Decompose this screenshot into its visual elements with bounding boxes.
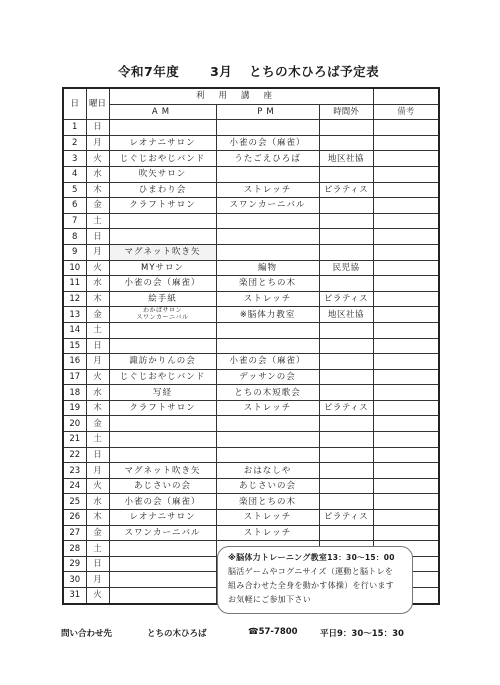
am-cell: MYサロン xyxy=(109,260,216,276)
table-row: 6金クラフトサロンスワンカーニバル xyxy=(63,198,439,214)
pm-cell: 編物 xyxy=(216,260,319,276)
day-cell: 25 xyxy=(63,494,86,510)
pm-cell: デッサンの会 xyxy=(216,369,319,385)
am-cell xyxy=(109,588,216,604)
day-cell: 12 xyxy=(63,291,86,307)
extra-cell xyxy=(319,525,373,541)
day-cell: 9 xyxy=(63,244,86,260)
day-cell: 2 xyxy=(63,135,86,151)
table-row: 23月マグネット吹き矢おはなしや xyxy=(63,463,439,479)
weekday-cell: 木 xyxy=(86,400,109,416)
note-cell xyxy=(373,432,439,448)
footer-hours: 平日9：30～15：30 xyxy=(320,627,404,639)
day-cell: 14 xyxy=(63,322,86,338)
table-row: 14土 xyxy=(63,322,439,338)
extra-cell xyxy=(319,213,373,229)
am-cell: 諏訪かりんの会 xyxy=(109,354,216,370)
note-cell xyxy=(373,151,439,167)
pm-cell: ストレッチ xyxy=(216,291,319,307)
callout-line-1: 脳活ゲームやコグニサイズ（運動と脳トレを xyxy=(228,565,412,579)
weekday-cell: 月 xyxy=(86,463,109,479)
header-extra: 時間外 xyxy=(319,104,373,120)
table-row: 3火じぐじおやじバンドうたごえひろば地区社協 xyxy=(63,151,439,167)
table-row: 10火MYサロン編物民児協 xyxy=(63,260,439,276)
extra-cell: ピラティス xyxy=(319,400,373,416)
note-cell xyxy=(373,244,439,260)
weekday-cell: 火 xyxy=(86,369,109,385)
day-cell: 23 xyxy=(63,463,86,479)
table-row: 16月諏訪かりんの会小雀の会（麻雀） xyxy=(63,354,439,370)
extra-cell xyxy=(319,229,373,245)
am-cell xyxy=(109,322,216,338)
am-cell: じぐじおやじバンド xyxy=(109,151,216,167)
note-cell xyxy=(373,525,439,541)
pm-cell xyxy=(216,120,319,136)
am-cell xyxy=(109,416,216,432)
note-cell xyxy=(373,478,439,494)
schedule-table: 日 曜日 利用講座 AM PM 時間外 備考 1日2月レオナニサロン小雀の会（麻… xyxy=(62,87,440,605)
day-cell: 7 xyxy=(63,213,86,229)
weekday-cell: 金 xyxy=(86,416,109,432)
pm-cell xyxy=(216,322,319,338)
pm-cell: ※脳体力教室 xyxy=(216,307,319,323)
extra-cell xyxy=(319,416,373,432)
day-cell: 11 xyxy=(63,276,86,292)
day-cell: 5 xyxy=(63,182,86,198)
extra-cell xyxy=(319,244,373,260)
pm-cell xyxy=(216,447,319,463)
weekday-cell: 火 xyxy=(86,151,109,167)
pm-cell: ストレッチ xyxy=(216,182,319,198)
extra-cell xyxy=(319,432,373,448)
am-cell xyxy=(109,338,216,354)
pm-cell: 小雀の会（麻雀） xyxy=(216,135,319,151)
table-row: 4水吹矢サロン xyxy=(63,166,439,182)
day-cell: 21 xyxy=(63,432,86,448)
am-cell xyxy=(109,572,216,588)
table-row: 12木絵手紙ストレッチピラティス xyxy=(63,291,439,307)
pm-cell xyxy=(216,432,319,448)
am-cell: スワンカーニバル xyxy=(109,525,216,541)
extra-cell: 地区社協 xyxy=(319,307,373,323)
day-cell: 20 xyxy=(63,416,86,432)
am-cell-line-2: スワンカーニバル xyxy=(110,315,216,322)
extra-cell xyxy=(319,135,373,151)
header-pm: PM xyxy=(216,104,319,120)
table-row: 26木レオナニサロンストレッチピラティス xyxy=(63,510,439,526)
footer-contact: 問い合わせ先 とちの木ひろば ☎57-7800 平日9：30～15：30 xyxy=(61,627,461,641)
table-row: 21土 xyxy=(63,432,439,448)
pm-cell: 楽団とちの木 xyxy=(216,494,319,510)
day-cell: 29 xyxy=(63,556,86,572)
note-cell xyxy=(373,322,439,338)
table-row: 19木クラフトサロンストレッチピラティス xyxy=(63,400,439,416)
note-cell xyxy=(373,120,439,136)
note-cell xyxy=(373,416,439,432)
pm-cell xyxy=(216,213,319,229)
extra-cell xyxy=(319,198,373,214)
weekday-cell: 木 xyxy=(86,510,109,526)
weekday-cell: 日 xyxy=(86,447,109,463)
day-cell: 26 xyxy=(63,510,86,526)
am-cell: レオナニサロン xyxy=(109,135,216,151)
note-cell xyxy=(373,291,439,307)
weekday-cell: 土 xyxy=(86,322,109,338)
weekday-cell: 日 xyxy=(86,556,109,572)
am-cell xyxy=(109,447,216,463)
day-cell: 1 xyxy=(63,120,86,136)
weekday-cell: 火 xyxy=(86,478,109,494)
day-cell: 13 xyxy=(63,307,86,323)
weekday-cell: 水 xyxy=(86,385,109,401)
weekday-cell: 月 xyxy=(86,244,109,260)
pm-cell: 小雀の会（麻雀） xyxy=(216,354,319,370)
pm-cell xyxy=(216,416,319,432)
extra-cell: ピラティス xyxy=(319,291,373,307)
pm-cell: 楽団とちの木 xyxy=(216,276,319,292)
table-row: 27金スワンカーニバルストレッチ xyxy=(63,525,439,541)
day-cell: 17 xyxy=(63,369,86,385)
table-row: 7土 xyxy=(63,213,439,229)
note-cell xyxy=(373,229,439,245)
note-cell xyxy=(373,213,439,229)
note-cell xyxy=(373,260,439,276)
pm-cell: とちの木短歌会 xyxy=(216,385,319,401)
table-row: 1日 xyxy=(63,120,439,136)
pm-cell xyxy=(216,338,319,354)
table-row: 24火あじさいの会あじさいの会 xyxy=(63,478,439,494)
am-cell xyxy=(109,229,216,245)
callout-title: ※脳体力トレーニング教室 xyxy=(228,553,327,562)
day-cell: 4 xyxy=(63,166,86,182)
extra-cell: ピラティス xyxy=(319,510,373,526)
footer-label: 問い合わせ先 xyxy=(61,627,112,639)
weekday-cell: 日 xyxy=(86,229,109,245)
day-cell: 19 xyxy=(63,400,86,416)
note-cell xyxy=(373,276,439,292)
am-cell xyxy=(109,120,216,136)
header-group: 利用講座 xyxy=(109,88,373,104)
am-cell: 吹矢サロン xyxy=(109,166,216,182)
extra-cell xyxy=(319,322,373,338)
am-cell: マグネット吹き矢 xyxy=(109,244,216,260)
note-cell xyxy=(373,400,439,416)
am-cell: クラフトサロン xyxy=(109,198,216,214)
day-cell: 6 xyxy=(63,198,86,214)
pm-cell: おはなしや xyxy=(216,463,319,479)
weekday-cell: 日 xyxy=(86,338,109,354)
header-day: 日 xyxy=(63,88,86,120)
pm-cell xyxy=(216,166,319,182)
header-blank xyxy=(373,88,439,104)
day-cell: 24 xyxy=(63,478,86,494)
weekday-cell: 土 xyxy=(86,213,109,229)
am-cell: 小雀の会（麻雀） xyxy=(109,494,216,510)
extra-cell xyxy=(319,463,373,479)
day-cell: 22 xyxy=(63,447,86,463)
pm-cell xyxy=(216,244,319,260)
weekday-cell: 水 xyxy=(86,494,109,510)
weekday-cell: 火 xyxy=(86,588,109,604)
day-cell: 18 xyxy=(63,385,86,401)
note-cell xyxy=(373,354,439,370)
header-note: 備考 xyxy=(373,104,439,120)
table-row: 18水写経とちの木短歌会 xyxy=(63,385,439,401)
extra-cell xyxy=(319,494,373,510)
am-cell xyxy=(109,556,216,572)
note-cell xyxy=(373,369,439,385)
table-row: 11水小雀の会（麻雀）楽団とちの木 xyxy=(63,276,439,292)
footer-org: とちの木ひろば xyxy=(147,627,207,639)
note-cell xyxy=(373,166,439,182)
note-cell xyxy=(373,198,439,214)
day-cell: 27 xyxy=(63,525,86,541)
callout-time: 13：30～15：00 xyxy=(327,553,395,562)
footer-phone: ☎57-7800 xyxy=(248,627,298,637)
table-row: 15日 xyxy=(63,338,439,354)
table-row: 13金わかばサロンスワンカーニバル※脳体力教室地区社協 xyxy=(63,307,439,323)
extra-cell xyxy=(319,385,373,401)
am-cell: じぐじおやじバンド xyxy=(109,369,216,385)
callout-line-3: お気軽にご参加下さい xyxy=(228,593,412,607)
extra-cell xyxy=(319,354,373,370)
weekday-cell: 金 xyxy=(86,198,109,214)
table-row: 22日 xyxy=(63,447,439,463)
extra-cell xyxy=(319,120,373,136)
table-row: 5木ひまわり会ストレッチピラティス xyxy=(63,182,439,198)
pm-cell: うたごえひろば xyxy=(216,151,319,167)
am-cell: 絵手紙 xyxy=(109,291,216,307)
am-cell xyxy=(109,541,216,557)
weekday-cell: 月 xyxy=(86,572,109,588)
am-cell: あじさいの会 xyxy=(109,478,216,494)
table-row: 2月レオナニサロン小雀の会（麻雀） xyxy=(63,135,439,151)
extra-cell: 地区社協 xyxy=(319,151,373,167)
weekday-cell: 木 xyxy=(86,291,109,307)
weekday-cell: 金 xyxy=(86,307,109,323)
day-cell: 15 xyxy=(63,338,86,354)
note-cell xyxy=(373,307,439,323)
header-weekday: 曜日 xyxy=(86,88,109,120)
am-cell: レオナニサロン xyxy=(109,510,216,526)
extra-cell xyxy=(319,478,373,494)
am-cell: 小雀の会（麻雀） xyxy=(109,276,216,292)
extra-cell: 民児協 xyxy=(319,260,373,276)
weekday-cell: 月 xyxy=(86,135,109,151)
am-cell: マグネット吹き矢 xyxy=(109,463,216,479)
callout-line-2: 組み合わせた全身を動かす体操）を行います xyxy=(228,579,412,593)
note-cell xyxy=(373,385,439,401)
day-cell: 28 xyxy=(63,541,86,557)
title-name: とちの木ひろば予定表 xyxy=(249,62,379,80)
note-cell xyxy=(373,338,439,354)
title-month: 3月 xyxy=(210,62,232,80)
title-year: 令和7年度 xyxy=(118,62,179,80)
day-cell: 3 xyxy=(63,151,86,167)
weekday-cell: 日 xyxy=(86,120,109,136)
pm-cell: ストレッチ xyxy=(216,510,319,526)
day-cell: 8 xyxy=(63,229,86,245)
table-row: 8日 xyxy=(63,229,439,245)
note-cell xyxy=(373,510,439,526)
am-cell: わかばサロンスワンカーニバル xyxy=(109,307,216,323)
am-cell: クラフトサロン xyxy=(109,400,216,416)
extra-cell xyxy=(319,276,373,292)
day-cell: 30 xyxy=(63,572,86,588)
note-cell xyxy=(373,135,439,151)
weekday-cell: 月 xyxy=(86,354,109,370)
extra-cell xyxy=(319,338,373,354)
brain-training-callout: ※脳体力トレーニング教室13：30～15：00 脳活ゲームやコグニサイズ（運動と… xyxy=(217,546,413,614)
weekday-cell: 火 xyxy=(86,260,109,276)
pm-cell xyxy=(216,229,319,245)
table-row: 20金 xyxy=(63,416,439,432)
weekday-cell: 水 xyxy=(86,276,109,292)
note-cell xyxy=(373,494,439,510)
pm-cell: あじさいの会 xyxy=(216,478,319,494)
am-cell: 写経 xyxy=(109,385,216,401)
day-cell: 16 xyxy=(63,354,86,370)
extra-cell xyxy=(319,369,373,385)
day-cell: 10 xyxy=(63,260,86,276)
day-cell: 31 xyxy=(63,588,86,604)
table-row: 9月マグネット吹き矢 xyxy=(63,244,439,260)
table-row: 17火じぐじおやじバンドデッサンの会 xyxy=(63,369,439,385)
weekday-cell: 土 xyxy=(86,432,109,448)
page-title: 令和7年度 3月 とちの木ひろば予定表 xyxy=(118,62,418,80)
weekday-cell: 土 xyxy=(86,541,109,557)
table-row: 25水小雀の会（麻雀）楽団とちの木 xyxy=(63,494,439,510)
pm-cell: ストレッチ xyxy=(216,525,319,541)
am-cell xyxy=(109,213,216,229)
note-cell xyxy=(373,182,439,198)
extra-cell: ピラティス xyxy=(319,182,373,198)
weekday-cell: 金 xyxy=(86,525,109,541)
extra-cell xyxy=(319,166,373,182)
header-am: AM xyxy=(109,104,216,120)
pm-cell: ストレッチ xyxy=(216,400,319,416)
am-cell: ひまわり会 xyxy=(109,182,216,198)
am-cell xyxy=(109,432,216,448)
extra-cell xyxy=(319,447,373,463)
pm-cell: スワンカーニバル xyxy=(216,198,319,214)
weekday-cell: 水 xyxy=(86,166,109,182)
note-cell xyxy=(373,463,439,479)
note-cell xyxy=(373,447,439,463)
weekday-cell: 木 xyxy=(86,182,109,198)
